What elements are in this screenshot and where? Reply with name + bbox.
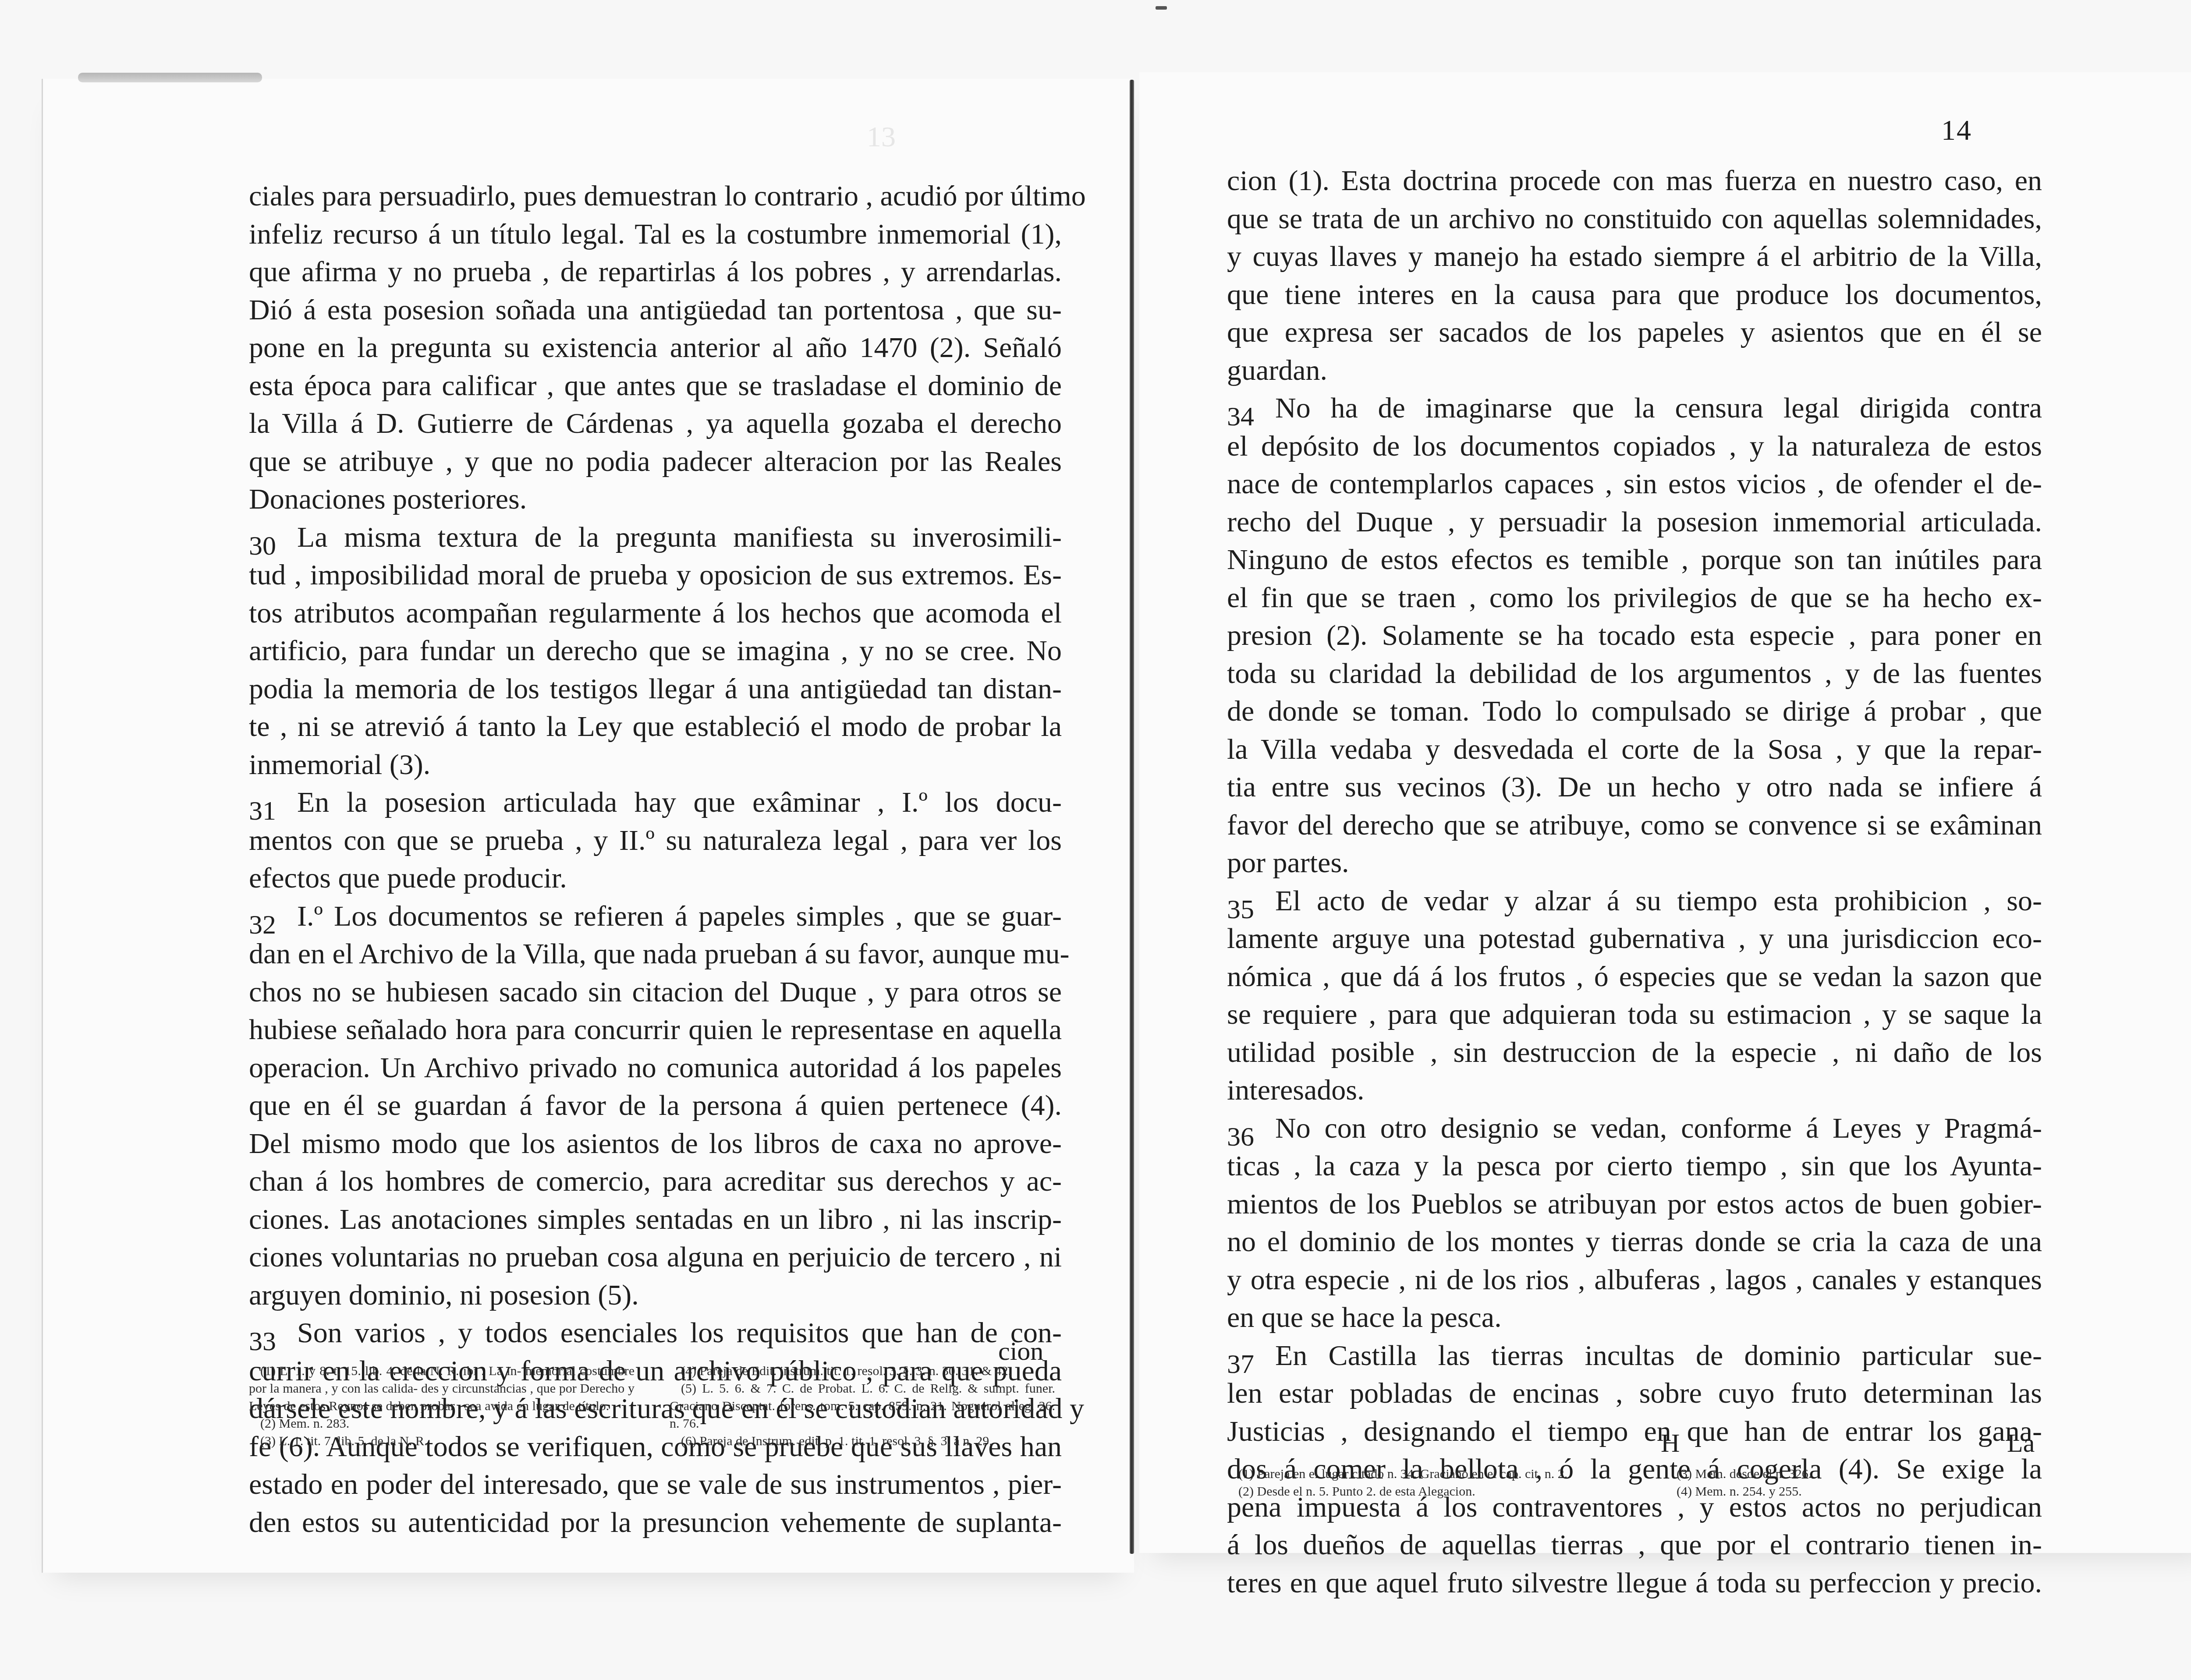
- line-text: No ha de imaginarse que la censura legal…: [1275, 392, 2042, 424]
- text-line: tud , imposibilidad moral de prueba y op…: [249, 556, 1062, 594]
- right-page: 14 cion (1). Esta doctrina procede con m…: [1139, 72, 2191, 1553]
- text-line: ticas , la caza y la pesca por cierto ti…: [1227, 1147, 2042, 1185]
- text-line: se requiere , para que adquieran toda su…: [1227, 996, 2042, 1034]
- text-line: toda su claridad la debilidad de los arg…: [1227, 655, 2042, 693]
- footnote-column-left: (1) Pareja en el lugar citado n. 34. Gra…: [1227, 1465, 1621, 1500]
- line-text: hubiese señalado hora para concurrir qui…: [249, 1014, 1062, 1046]
- line-text: de donde se toman. Todo lo compulsado se…: [1227, 695, 2042, 727]
- line-text: cion (1). Esta doctrina procede con mas …: [1227, 165, 2042, 197]
- text-line: pone en la pregunta su existencia anteri…: [249, 329, 1062, 367]
- line-text: tud , imposibilidad moral de prueba y op…: [249, 559, 1062, 591]
- paragraph-first-line: 33Son varios , y todos esenciales los re…: [249, 1314, 1062, 1352]
- text-line: el fin que se traen , como los privilegi…: [1227, 579, 2042, 617]
- text-line: por partes.: [1227, 844, 2042, 882]
- footnote-text: L. 5. 6. & 7. C. de Probat. L. 6. C. de …: [670, 1381, 1055, 1431]
- line-text: presion (2). Solamente se ha tocado esta…: [1227, 619, 2042, 651]
- line-text: infeliz recurso á un título legal. Tal e…: [249, 218, 1062, 250]
- paragraph-first-line: 34No ha de imaginarse que la censura leg…: [1227, 389, 2042, 428]
- line-text: toda su claridad la debilidad de los arg…: [1227, 658, 2042, 690]
- paragraph-first-line: 37En Castilla las tierras incultas de do…: [1227, 1337, 2042, 1375]
- line-text: se requiere , para que adquieran toda su…: [1227, 998, 2042, 1030]
- text-line: operacion. Un Archivo privado no comunic…: [249, 1049, 1062, 1087]
- text-line: Ninguno de estos efectos es temible , po…: [1227, 541, 2042, 579]
- footnote-column-right: (4) Pareja de Edit. instrum. tit. 1. res…: [670, 1362, 1055, 1450]
- line-text: guardan.: [1227, 354, 1327, 386]
- line-text: artificio, para fundar un derecho que se…: [249, 635, 1062, 667]
- text-line: cion (1). Esta doctrina procede con mas …: [1227, 162, 2042, 200]
- line-text: ciones voluntarias no prueban cosa algun…: [249, 1241, 1062, 1273]
- footnote: (1) Pareja en el lugar citado n. 34. Gra…: [1227, 1465, 1621, 1483]
- text-line: dan en el Archivo de la Villa, que nada …: [249, 935, 1062, 973]
- line-text: y otra especie , ni de los rios , albufe…: [1227, 1264, 2042, 1296]
- text-line: Del mismo modo que los asientos de los l…: [249, 1125, 1062, 1163]
- text-line: nómica , que dá á los frutos , ó especie…: [1227, 958, 2042, 996]
- footnote-marker: (3): [260, 1434, 276, 1448]
- text-line: ciales para persuadirlo, pues demuestran…: [249, 177, 1062, 216]
- line-text: esta época para calificar , que antes qu…: [249, 370, 1062, 402]
- paragraph-first-line: 32I.º Los documentos se refieren á papel…: [249, 898, 1062, 936]
- text-line: que tiene interes en la causa para que p…: [1227, 276, 2042, 314]
- right-page-footnotes: (1) Pareja en el lugar citado n. 34. Gra…: [1227, 1465, 2042, 1535]
- footnote-column-left: (1) L. 1. y 8. t. 15. lib. 4. de la N. R…: [249, 1362, 635, 1450]
- paragraph-number: 37: [1227, 1345, 1275, 1383]
- text-line: Dió á esta posesion soñada una antigüeda…: [249, 291, 1062, 329]
- footnote: (4) Pareja de Edit. instrum. tit. 1. res…: [670, 1362, 1055, 1380]
- text-line: mentos con que se prueba , y II.º su nat…: [249, 822, 1062, 860]
- paragraph-number: 35: [1227, 891, 1275, 929]
- right-page-body-text: cion (1). Esta doctrina procede con mas …: [1227, 162, 2042, 1602]
- line-text: ciones. Las anotaciones simples sentadas…: [249, 1203, 1062, 1235]
- footnote: (1) L. 1. y 8. t. 15. lib. 4. de la N. R…: [249, 1362, 635, 1415]
- text-line: de donde se toman. Todo lo compulsado se…: [1227, 693, 2042, 731]
- text-line: no el dominio de los montes y tierras do…: [1227, 1223, 2042, 1261]
- text-line: teres en que aquel fruto silvestre llegu…: [1227, 1564, 2042, 1602]
- left-page-footnotes: (1) L. 1. y 8. t. 15. lib. 4. de la N. R…: [249, 1362, 1064, 1494]
- footnote-text: Pareja de Edit. instrum. tit. 1. resol. …: [699, 1364, 1011, 1378]
- line-text: mientos de los Pueblos se atribuyan por …: [1227, 1188, 2042, 1220]
- text-line: tia entre sus vecinos (3). De un hecho y…: [1227, 768, 2042, 806]
- paragraph-number: 33: [249, 1323, 297, 1361]
- text-line: efectos que puede producir.: [249, 859, 1062, 898]
- text-line: chos no se hubiesen sacado sin citacion …: [249, 973, 1062, 1012]
- footnote-text: L. 1. y 8. t. 15. lib. 4. de la N. R. ib…: [249, 1364, 635, 1413]
- line-text: tos atributos acompañan regularmente á l…: [249, 597, 1062, 629]
- footnote-marker: (2): [1238, 1484, 1254, 1499]
- line-text: I.º Los documentos se refieren á papeles…: [297, 900, 1062, 932]
- line-text: el depósito de los documentos copiados ,…: [1227, 430, 2042, 462]
- text-line: te , ni se atrevió á tanto la Ley que es…: [249, 708, 1062, 746]
- line-text: La misma textura de la pregunta manifies…: [297, 521, 1062, 553]
- line-text: Dió á esta posesion soñada una antigüeda…: [249, 294, 1062, 326]
- text-line: hubiese señalado hora para concurrir qui…: [249, 1011, 1062, 1049]
- signature-mark: H: [1661, 1428, 1680, 1458]
- line-text: lamente arguye una potestad gubernativa …: [1227, 923, 2042, 955]
- line-text: inmemorial (3).: [249, 749, 430, 781]
- line-text: teres en que aquel fruto silvestre llegu…: [1227, 1567, 2042, 1599]
- line-text: que se trata de un archivo no constituid…: [1227, 203, 2042, 235]
- text-line: lamente arguye una potestad gubernativa …: [1227, 920, 2042, 958]
- text-line: mientos de los Pueblos se atribuyan por …: [1227, 1185, 2042, 1224]
- book-gutter: [1130, 80, 1134, 1554]
- paragraph-first-line: 36No con otro designio se vedan, conform…: [1227, 1110, 2042, 1148]
- scan-speck: [1156, 6, 1167, 10]
- paragraph-first-line: 31En la posesion articulada hay que exâm…: [249, 784, 1062, 822]
- line-text: la Villa á D. Gutierre de Cárdenas , ya …: [249, 407, 1062, 439]
- line-text: Son varios , y todos esenciales los requ…: [297, 1317, 1062, 1349]
- line-text: te , ni se atrevió á tanto la Ley que es…: [249, 711, 1062, 743]
- text-line: guardan.: [1227, 352, 2042, 390]
- catchword: La: [2007, 1428, 2035, 1458]
- line-text: por partes.: [1227, 847, 1349, 879]
- line-text: pone en la pregunta su existencia anteri…: [249, 332, 1062, 364]
- text-line: en que se hace la pesca.: [1227, 1299, 2042, 1337]
- line-text: que tiene interes en la causa para que p…: [1227, 279, 2042, 311]
- text-line: infeliz recurso á un título legal. Tal e…: [249, 216, 1062, 254]
- line-text: operacion. Un Archivo privado no comunic…: [249, 1052, 1062, 1084]
- footnote: (4) Mem. n. 254. y 255.: [1665, 1483, 2016, 1500]
- footnote-text: L. 1. tit. 7. lib. 5. de la N. R.: [279, 1434, 427, 1448]
- footnote: (6) Pareja de Instrum. edit. p. 1. tit. …: [670, 1432, 1055, 1450]
- line-text: recho del Duque , y persuadir la posesio…: [1227, 506, 2042, 538]
- text-line: que afirma y no prueba , de repartirlas …: [249, 253, 1062, 291]
- line-text: Ninguno de estos efectos es temible , po…: [1227, 544, 2042, 576]
- footnote-marker: (4): [1677, 1484, 1692, 1499]
- text-line: y otra especie , ni de los rios , albufe…: [1227, 1261, 2042, 1299]
- text-line: utilidad posible , sin destruccion de la…: [1227, 1034, 2042, 1072]
- line-text: que expresa ser sacados de los papeles y…: [1227, 316, 2042, 348]
- line-text: El acto de vedar y alzar á su tiempo est…: [1275, 885, 2042, 917]
- left-page-body-text: ciales para persuadirlo, pues demuestran…: [249, 177, 1062, 1542]
- text-line: len estar pobladas de encinas , sobre cu…: [1227, 1375, 2042, 1413]
- text-line: Donaciones posteriores.: [249, 481, 1062, 519]
- line-text: len estar pobladas de encinas , sobre cu…: [1227, 1377, 2042, 1409]
- line-text: el fin que se traen , como los privilegi…: [1227, 582, 2042, 614]
- footnote-marker: (3): [1677, 1467, 1692, 1481]
- text-line: ciones. Las anotaciones simples sentadas…: [249, 1201, 1062, 1239]
- text-line: tos atributos acompañan regularmente á l…: [249, 594, 1062, 633]
- text-line: nace de contemplarlos capaces , sin esto…: [1227, 465, 2042, 503]
- line-text: chos no se hubiesen sacado sin citacion …: [249, 976, 1062, 1008]
- text-line: que expresa ser sacados de los papeles y…: [1227, 314, 2042, 352]
- line-text: podia la memoria de los testigos llegar …: [249, 673, 1062, 705]
- footnote-text: Mem. n. 283.: [279, 1416, 349, 1431]
- line-text: den estos su autenticidad por la presunc…: [249, 1507, 1062, 1539]
- page-number: 14: [1941, 114, 1972, 147]
- text-line: que en él se guardan á favor de la perso…: [249, 1087, 1062, 1125]
- footnote-text: Desde el n. 5. Punto 2. de esta Alegacio…: [1257, 1484, 1475, 1499]
- text-line: podia la memoria de los testigos llegar …: [249, 670, 1062, 708]
- line-text: ticas , la caza y la pesca por cierto ti…: [1227, 1150, 2042, 1182]
- footnote-marker: (2): [260, 1416, 276, 1431]
- footnote: (2) Mem. n. 283.: [249, 1415, 635, 1432]
- line-text: En la posesion articulada hay que exâmin…: [297, 786, 1062, 818]
- text-line: favor del derecho que se atribuye, como …: [1227, 806, 2042, 845]
- text-line: que se atribuye , y que no podia padecer…: [249, 443, 1062, 481]
- text-line: inmemorial (3).: [249, 746, 1062, 784]
- footnote-marker: (1): [260, 1364, 276, 1378]
- footnote: (5) L. 5. 6. & 7. C. de Probat. L. 6. C.…: [670, 1380, 1055, 1432]
- line-text: tia entre sus vecinos (3). De un hecho y…: [1227, 771, 2042, 803]
- footnote-marker: (4): [681, 1364, 696, 1378]
- text-line: y cuyas llaves y manejo ha estado siempr…: [1227, 238, 2042, 276]
- footnote: (3) Mem. desde el n. 326.: [1665, 1465, 2016, 1483]
- paragraph-first-line: 35El acto de vedar y alzar á su tiempo e…: [1227, 882, 2042, 920]
- line-text: que afirma y no prueba , de repartirlas …: [249, 256, 1062, 288]
- line-text: arguyen dominio, ni posesion (5).: [249, 1279, 639, 1311]
- text-line: la Villa á D. Gutierre de Cárdenas , ya …: [249, 405, 1062, 443]
- line-text: que en él se guardan á favor de la perso…: [249, 1089, 1062, 1121]
- paragraph-number: 31: [249, 792, 297, 830]
- line-text: favor del derecho que se atribuye, como …: [1227, 809, 2042, 841]
- paragraph-first-line: 30La misma textura de la pregunta manifi…: [249, 519, 1062, 557]
- line-text: la Villa vedaba y desvedada el corte de …: [1227, 733, 2042, 765]
- line-text: ciales para persuadirlo, pues demuestran…: [249, 180, 1086, 212]
- text-line: que se trata de un archivo no constituid…: [1227, 200, 2042, 238]
- line-text: En Castilla las tierras incultas de domi…: [1275, 1340, 2042, 1372]
- text-line: interesados.: [1227, 1072, 2042, 1110]
- text-line: esta época para calificar , que antes qu…: [249, 367, 1062, 405]
- footnote: (2) Desde el n. 5. Punto 2. de esta Aleg…: [1227, 1483, 1621, 1500]
- footnote-marker: (5): [681, 1381, 696, 1396]
- line-text: nace de contemplarlos capaces , sin esto…: [1227, 468, 2042, 500]
- footnote-text: Mem. desde el n. 326.: [1695, 1467, 1812, 1481]
- line-text: Del mismo modo que los asientos de los l…: [249, 1128, 1062, 1160]
- line-text: dan en el Archivo de la Villa, que nada …: [249, 938, 1070, 970]
- catchword: cion: [998, 1336, 1043, 1366]
- line-text: chan á los hombres de comercio, para acr…: [249, 1165, 1062, 1197]
- footnote-text: Mem. n. 254. y 255.: [1695, 1484, 1801, 1499]
- text-line: den estos su autenticidad por la presunc…: [249, 1504, 1062, 1542]
- paragraph-number: 34: [1227, 398, 1275, 436]
- line-text: y cuyas llaves y manejo ha estado siempr…: [1227, 241, 2042, 272]
- footnote-text: Pareja de Instrum. edit. p. 1. tit. 1. r…: [699, 1434, 992, 1448]
- footnote-column-right: (3) Mem. desde el n. 326.(4) Mem. n. 254…: [1665, 1465, 2016, 1500]
- text-line: ciones voluntarias no prueban cosa algun…: [249, 1238, 1062, 1277]
- line-text: mentos con que se prueba , y II.º su nat…: [249, 824, 1062, 856]
- text-line: la Villa vedaba y desvedada el corte de …: [1227, 731, 2042, 769]
- text-line: chan á los hombres de comercio, para acr…: [249, 1163, 1062, 1201]
- line-text: interesados.: [1227, 1074, 1364, 1106]
- line-text: Justicias , designando el tiempo en que …: [1227, 1415, 2042, 1447]
- line-text: que se atribuye , y que no podia padecer…: [249, 446, 1062, 477]
- paragraph-number: 30: [249, 527, 297, 565]
- left-page: 13 ciales para persuadirlo, pues demuest…: [42, 79, 1134, 1573]
- bleed-through-page-number: 13: [867, 120, 896, 154]
- text-line: artificio, para fundar un derecho que se…: [249, 632, 1062, 670]
- text-line: el depósito de los documentos copiados ,…: [1227, 428, 2042, 466]
- line-text: no el dominio de los montes y tierras do…: [1227, 1226, 2042, 1258]
- line-text: Donaciones posteriores.: [249, 483, 527, 515]
- line-text: en que se hace la pesca.: [1227, 1302, 1502, 1333]
- footnote-marker: (1): [1238, 1467, 1254, 1481]
- line-text: utilidad posible , sin destruccion de la…: [1227, 1036, 2042, 1068]
- footnote-text: Pareja en el lugar citado n. 34. Gracian…: [1257, 1467, 1567, 1481]
- paragraph-number: 36: [1227, 1118, 1275, 1156]
- text-line: recho del Duque , y persuadir la posesio…: [1227, 503, 2042, 541]
- line-text: nómica , que dá á los frutos , ó especie…: [1227, 961, 2042, 993]
- line-text: No con otro designio se vedan, conforme …: [1275, 1112, 2042, 1144]
- text-line: arguyen dominio, ni posesion (5).: [249, 1277, 1062, 1315]
- footnote-marker: (6): [681, 1434, 696, 1448]
- footnote: (3) L. 1. tit. 7. lib. 5. de la N. R.: [249, 1432, 635, 1450]
- line-text: efectos que puede producir.: [249, 862, 567, 894]
- text-line: Justicias , designando el tiempo en que …: [1227, 1413, 2042, 1451]
- text-line: presion (2). Solamente se ha tocado esta…: [1227, 617, 2042, 655]
- paragraph-number: 32: [249, 906, 297, 944]
